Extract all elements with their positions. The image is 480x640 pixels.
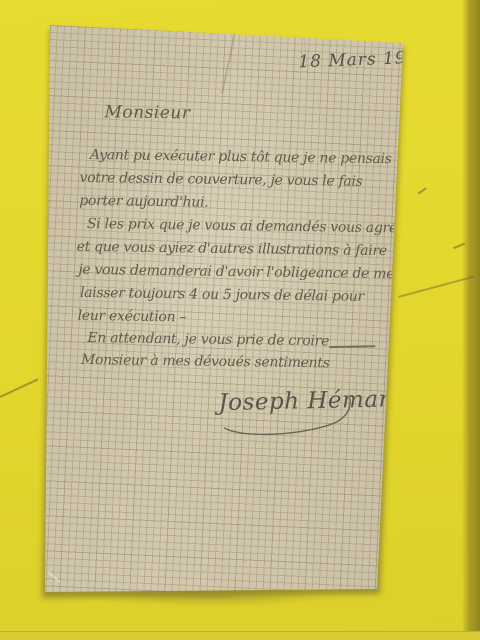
letter-line: En attendant, je vous prie de croire xyxy=(87,330,329,349)
letter-line: et que vous ayiez d'autres illustrations… xyxy=(77,239,387,259)
letter-line: Si les prix que je vous ai demandés vous… xyxy=(87,216,419,237)
photo-background: 18 Mars 1922 Monsieur Ayant pu exécuter … xyxy=(0,0,480,640)
letter-line: porter aujourd'hui. xyxy=(79,193,208,211)
closing-flourish-line xyxy=(329,345,375,347)
letter-line: Ayant pu exécuter plus tôt que je ne pen… xyxy=(90,147,392,167)
letter-line: laisser toujours 4 ou 5 jours de délai p… xyxy=(80,285,364,305)
letter-line: votre dessin de couverture, je vous le f… xyxy=(79,170,362,190)
letter-line: leur exécution – xyxy=(78,308,187,326)
letter-salutation: Monsieur xyxy=(104,102,190,123)
letter-line: Monsieur à mes dévoués sentiments xyxy=(81,352,330,371)
letter-line: je vous demanderai d'avoir l'obligeance … xyxy=(78,262,394,282)
letter-signature: Joseph Hémard xyxy=(218,386,405,416)
